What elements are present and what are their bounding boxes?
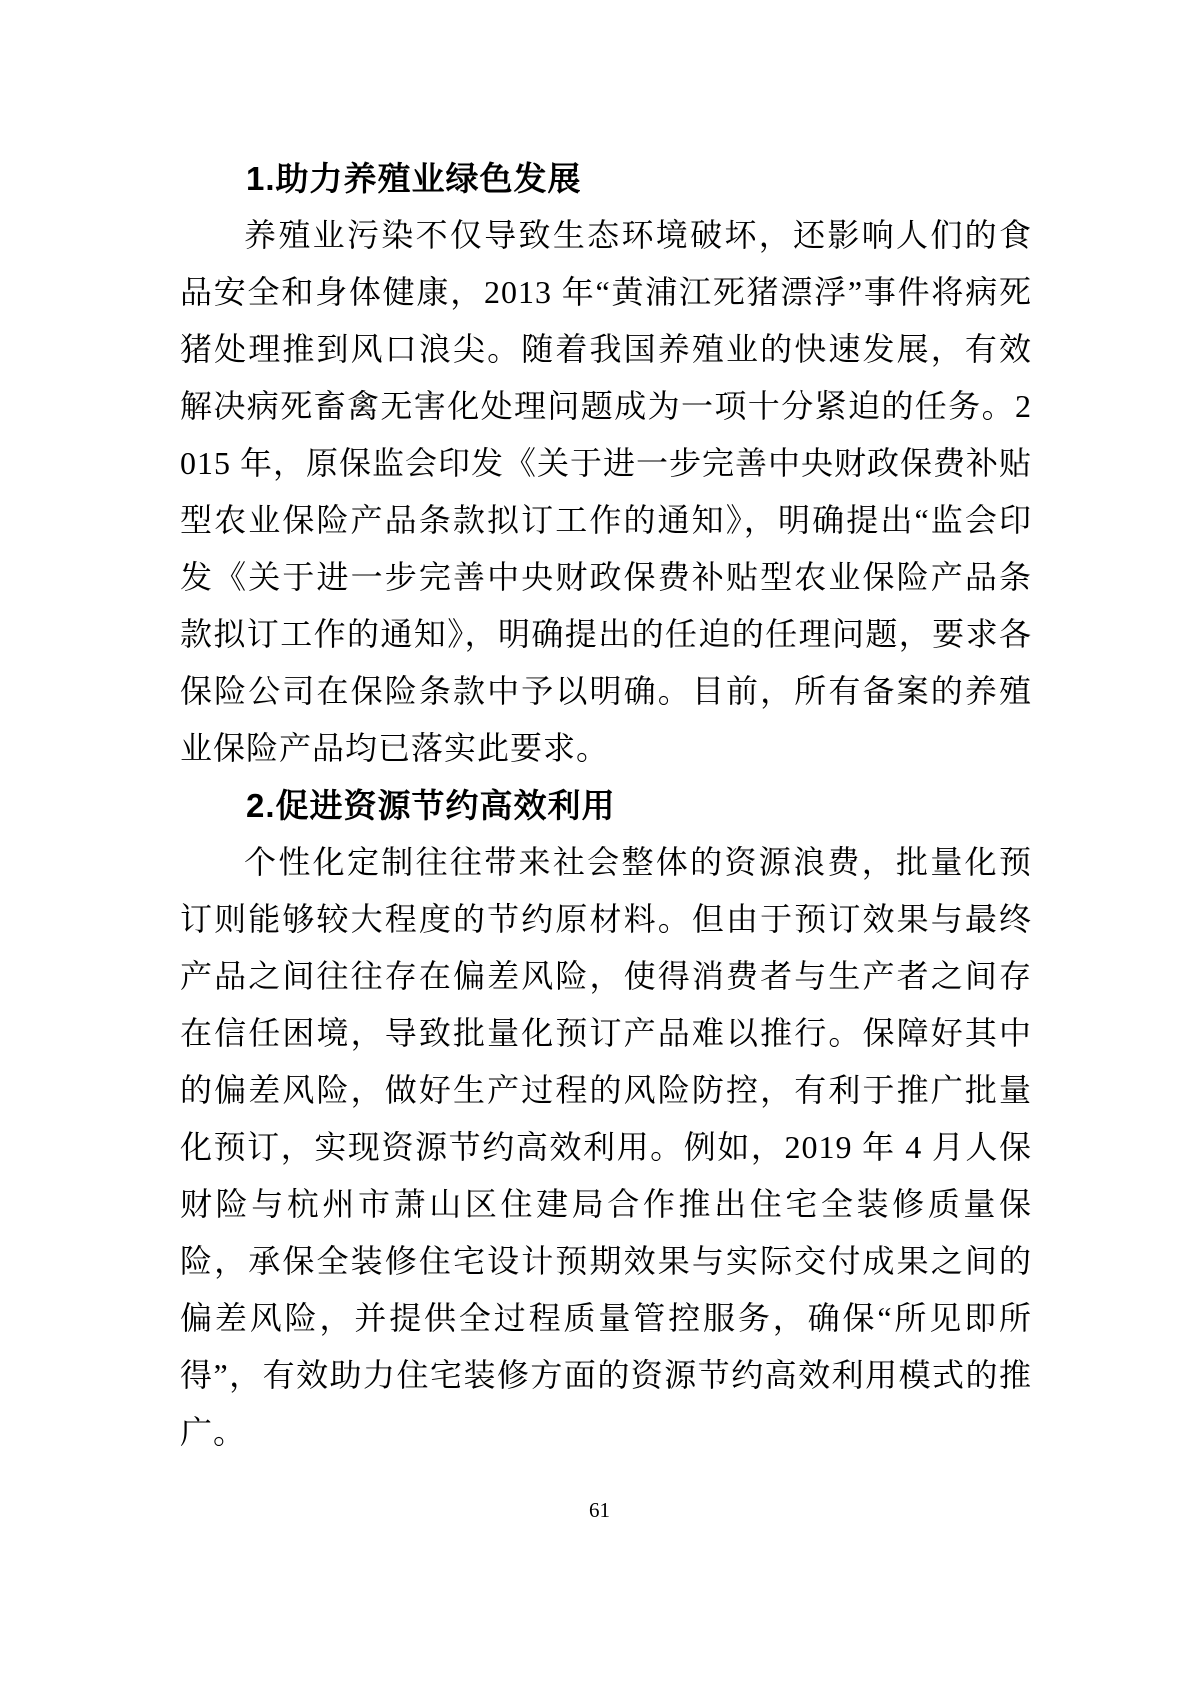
section-2-paragraph: 个性化定制往往带来社会整体的资源浪费，批量化预订则能够较大程度的节约原材料。但由… [180, 834, 1032, 1461]
section-heading-2: 2.促进资源节约高效利用 [180, 777, 1032, 834]
section-1-paragraph: 养殖业污染不仅导致生态环境破坏，还影响人们的食品安全和身体健康，2013 年“黄… [180, 207, 1032, 777]
section-heading-1: 1.助力养殖业绿色发展 [180, 150, 1032, 207]
page-number: 61 [0, 1497, 1199, 1523]
document-body: 1.助力养殖业绿色发展 养殖业污染不仅导致生态环境破坏，还影响人们的食品安全和身… [180, 150, 1032, 1461]
document-page: 1.助力养殖业绿色发展 养殖业污染不仅导致生态环境破坏，还影响人们的食品安全和身… [0, 0, 1199, 1696]
